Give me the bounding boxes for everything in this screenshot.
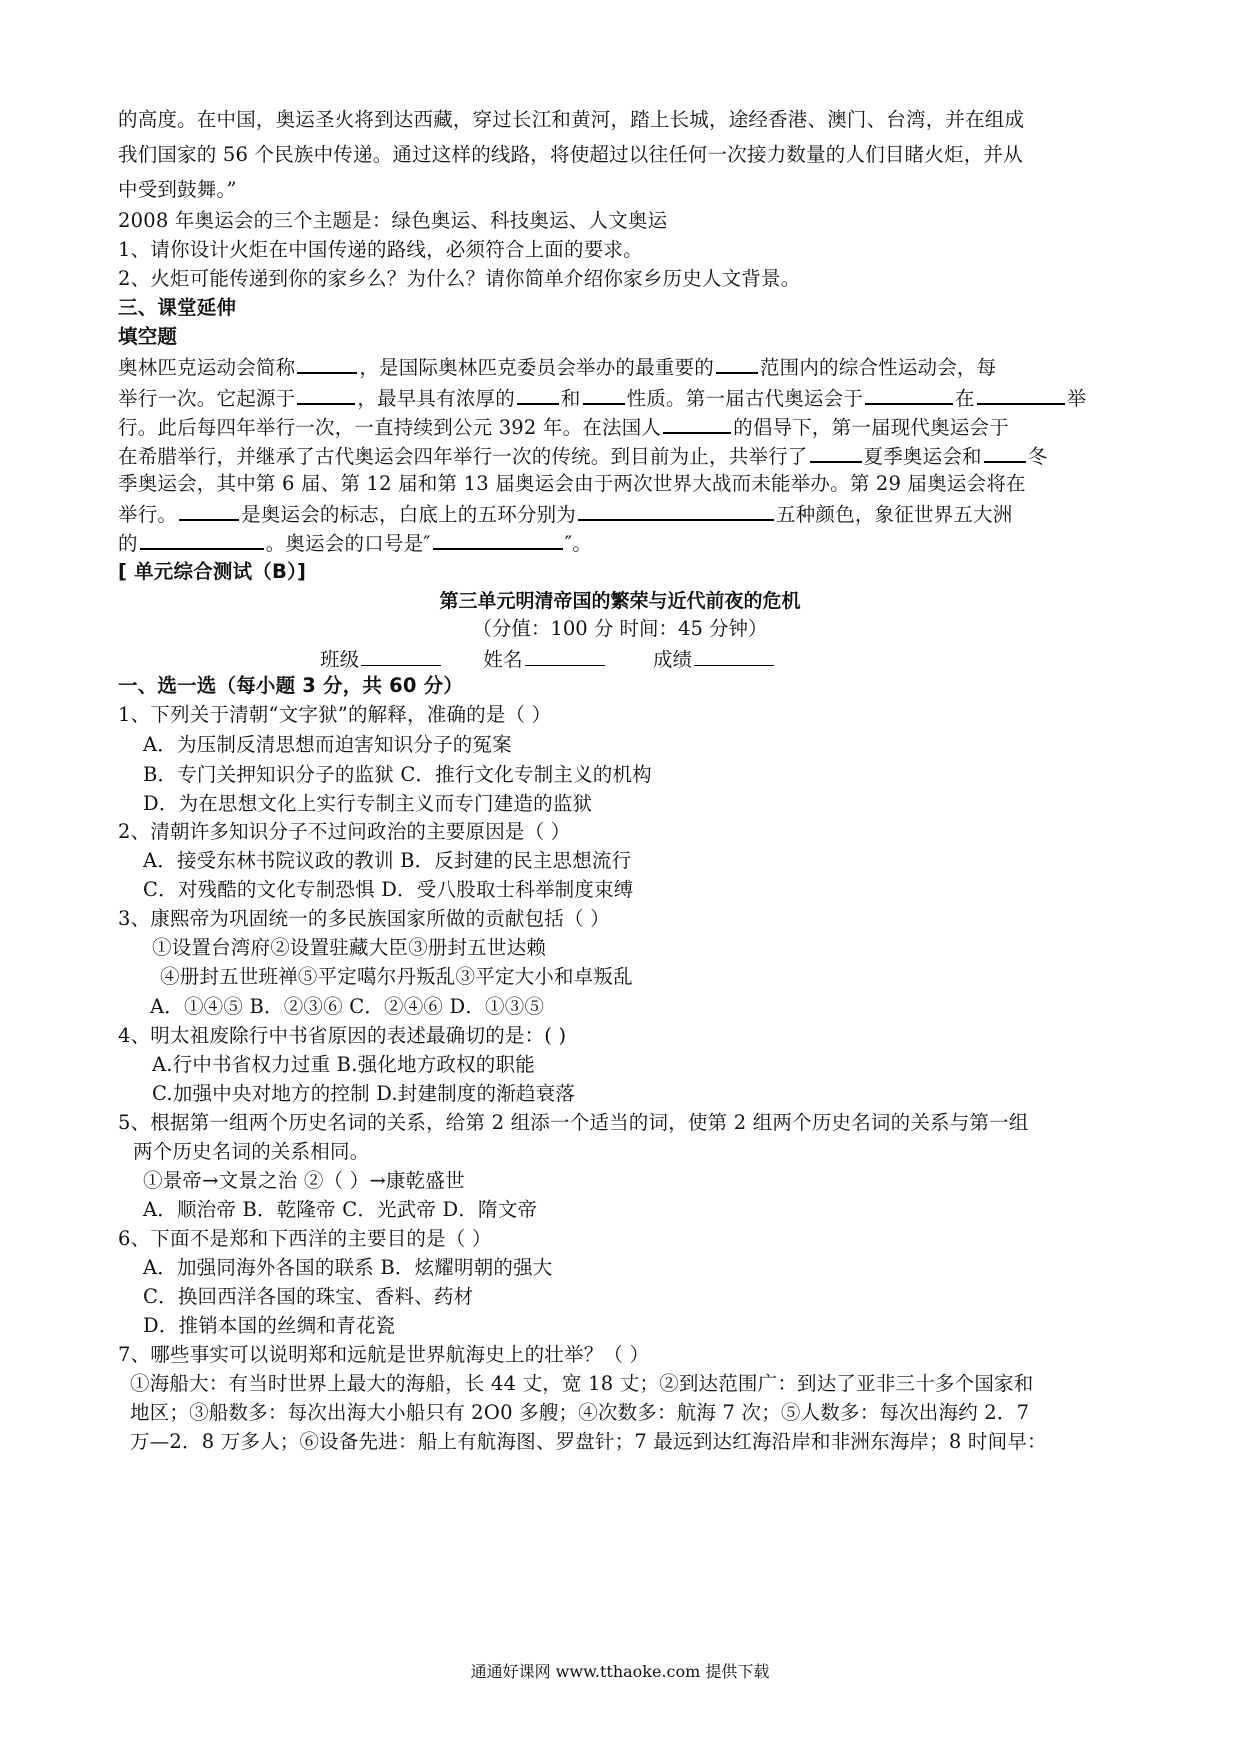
blank-field[interactable] xyxy=(984,441,1026,463)
question-stem: 2、清朝许多知识分子不过问政治的主要原因是（ ） xyxy=(118,818,570,846)
option-line: ④册封五世班禅⑤平定噶尔丹叛乱③平定大小和卓叛乱 xyxy=(160,963,633,991)
class-field[interactable] xyxy=(361,645,441,666)
option-line: D．为在思想文化上实行专制主义而专门建造的监狱 xyxy=(143,790,592,818)
fill-text: 冬 xyxy=(1028,445,1048,468)
fill-text: ，最早具有浓厚的 xyxy=(357,387,515,410)
option-line: A．加强同海外各国的联系 B．炫耀明朝的强大 xyxy=(143,1254,553,1282)
option-line: ①景帝→文景之治 ②（ ）→康乾盛世 xyxy=(143,1167,465,1195)
fill-text: 。奥运会的口号是″ xyxy=(266,532,431,555)
blank-field[interactable] xyxy=(716,352,758,374)
blank-field[interactable] xyxy=(977,383,1065,405)
option-line: A．为压制反清思想而迫害知识分子的冤案 xyxy=(143,731,512,759)
option-line: C.加强中央对地方的控制 D.封建制度的渐趋衰落 xyxy=(152,1080,575,1108)
fill-text: 是奥运会的标志，白底上的五环分别为 xyxy=(241,503,576,526)
fill-text: ″。 xyxy=(565,532,592,555)
fill-line-4: 在希腊举行，并继承了古代奥运会四年举行一次的传统。到目前为止，共举行了夏季奥运会… xyxy=(118,441,1047,471)
part1-heading: 一、选一选（每小题 3 分，共 60 分） xyxy=(118,672,463,700)
fill-text: 举行一次。它起源于 xyxy=(118,387,295,410)
option-line: C．换回西洋各国的珠宝、香料、药材 xyxy=(143,1283,473,1311)
option-line: C．对残酷的文化专制恐惧 D．受八股取士科举制度束缚 xyxy=(143,876,633,904)
fill-line-5: 季奥运会，其中第 6 届、第 12 届和第 13 届奥运会由于两次世界大战而未能… xyxy=(118,470,1026,498)
fill-line-7: 的。奥运会的口号是″″。 xyxy=(118,528,592,558)
document-page: 的高度。在中国，奥运圣火将到达西藏，穿过长江和黄河，踏上长城，途经香港、澳门、台… xyxy=(0,0,1240,1754)
fill-text: 在希腊举行，并继承了古代奥运会四年举行一次的传统。到目前为止，共举行了 xyxy=(118,445,808,468)
question-stem: 5、根据第一组两个历史名词的关系，给第 2 组添一个适当的词，使第 2 组两个历… xyxy=(118,1109,1029,1137)
option-line: 地区；③船数多：每次出海大小船只有 2O0 多艘；④次数多：航海 7 次；⑤人数… xyxy=(130,1399,1029,1427)
blank-field[interactable] xyxy=(433,528,563,550)
name-label: 姓名 xyxy=(483,648,522,671)
fill-line-2: 举行一次。它起源于，最早具有浓厚的和性质。第一届古代奥运会于在举 xyxy=(118,383,1086,413)
unit-meta: （分值：100 分 时间：45 分钟） xyxy=(0,615,1240,643)
fill-text: 在 xyxy=(955,387,975,410)
blank-field[interactable] xyxy=(810,441,862,463)
intro-task-1: 1、请你设计火炬在中国传递的路线，必须符合上面的要求。 xyxy=(118,236,643,264)
score-label: 成绩 xyxy=(653,648,692,671)
blank-field[interactable] xyxy=(297,352,357,374)
fill-text: 夏季奥运会和 xyxy=(864,445,982,468)
option-line: B．专门关押知识分子的监狱 C．推行文化专制主义的机构 xyxy=(143,761,652,789)
fill-text: ，是国际奥林匹克委员会举办的最重要的 xyxy=(359,356,714,379)
blank-field[interactable] xyxy=(578,499,774,521)
option-line: A．顺治帝 B．乾隆帝 C．光武帝 D．隋文帝 xyxy=(143,1196,537,1224)
subheading-fill-blank: 填空题 xyxy=(118,323,177,351)
option-line: A．①④⑤ B．②③⑥ C．②④⑥ D．①③⑤ xyxy=(150,993,544,1021)
blank-field[interactable] xyxy=(517,383,559,405)
question-stem: 6、下面不是郑和下西洋的主要目的是（ ） xyxy=(118,1225,492,1253)
fill-text: 性质。第一届古代奥运会于 xyxy=(627,387,863,410)
name-field[interactable] xyxy=(525,645,605,666)
option-line: A．接受东林书院议政的教训 B．反封建的民主思想流行 xyxy=(143,847,631,875)
fill-line-3: 行。此后每四年举行一次，一直持续到公元 392 年。在法国人的倡导下，第一届现代… xyxy=(118,412,1009,442)
question-stem: 4、明太祖废除行中书省原因的表述最确切的是：( ) xyxy=(118,1022,566,1050)
section-heading: 三、课堂延伸 xyxy=(118,294,236,322)
question-stem: 7、哪些事实可以说明郑和远航是世界航海史上的壮举？（ ） xyxy=(118,1341,649,1369)
footer-credit: 通通好课网 www.tthaoke.com 提供下载 xyxy=(0,1660,1240,1684)
fill-line-1: 奥林匹克运动会简称，是国际奥林匹克委员会举办的最重要的范围内的综合性运动会，每 xyxy=(118,352,996,382)
option-line: ①海船大：有当时世界上最大的海船，长 44 丈，宽 18 丈；②到达范围广：到达… xyxy=(130,1370,1033,1398)
option-line: D．推销本国的丝绸和青花瓷 xyxy=(143,1312,395,1340)
fill-text: 和 xyxy=(561,387,581,410)
option-line: 两个历史名词的关系相同。 xyxy=(133,1138,369,1166)
fill-text: 奥林匹克运动会简称 xyxy=(118,356,295,379)
fill-text: 行。此后每四年举行一次，一直持续到公元 392 年。在法国人 xyxy=(118,416,661,439)
option-line: A.行中书省权力过重 B.强化地方政权的职能 xyxy=(152,1051,535,1079)
fill-text: 的 xyxy=(118,532,138,555)
unit-title: 第三单元明清帝国的繁荣与近代前夜的危机 xyxy=(0,587,1240,615)
intro-line: 的高度。在中国，奥运圣火将到达西藏，穿过长江和黄河，踏上长城，途经香港、澳门、台… xyxy=(118,106,1024,134)
intro-task-2: 2、火炬可能传递到你的家乡么？为什么？请你简单介绍你家乡历史人文背景。 xyxy=(118,265,800,293)
blank-field[interactable] xyxy=(663,412,731,434)
intro-line: 中受到鼓舞。” xyxy=(118,176,237,204)
option-line: ①设置台湾府②设置驻藏大臣③册封五世达赖 xyxy=(152,934,546,962)
fill-text: 举 xyxy=(1067,387,1087,410)
fill-text: 范围内的综合性运动会，每 xyxy=(760,356,996,379)
option-line: 万—2．8 万多人；⑥设备先进：船上有航海图、罗盘针；7 最远到达红海沿岸和非洲… xyxy=(130,1428,1047,1456)
fill-text: 五种颜色，象征世界五大洲 xyxy=(776,503,1012,526)
blank-field[interactable] xyxy=(297,383,355,405)
question-stem: 1、下列关于清朝“文字狱”的解释，准确的是（ ） xyxy=(118,701,551,729)
blank-field[interactable] xyxy=(583,383,625,405)
score-field[interactable] xyxy=(694,645,774,666)
intro-themes: 2008 年奥运会的三个主题是：绿色奥运、科技奥运、人文奥运 xyxy=(118,207,667,235)
unit-test-label: [ 单元综合测试（B）] xyxy=(118,558,306,586)
blank-field[interactable] xyxy=(865,383,953,405)
fill-line-6: 举行。是奥运会的标志，白底上的五环分别为五种颜色，象征世界五大洲 xyxy=(118,499,1012,529)
student-fields: 班级姓名成绩 xyxy=(320,645,776,674)
question-stem: 3、康熙帝为巩固统一的多民族国家所做的贡献包括（ ） xyxy=(118,905,610,933)
intro-line: 我们国家的 56 个民族中传递。通过这样的线路，将使超过以往任何一次接力数量的人… xyxy=(118,141,1023,169)
fill-text: 的倡导下，第一届现代奥运会于 xyxy=(733,416,1009,439)
class-label: 班级 xyxy=(320,648,359,671)
blank-field[interactable] xyxy=(140,528,264,550)
blank-field[interactable] xyxy=(179,499,239,521)
fill-text: 举行。 xyxy=(118,503,177,526)
